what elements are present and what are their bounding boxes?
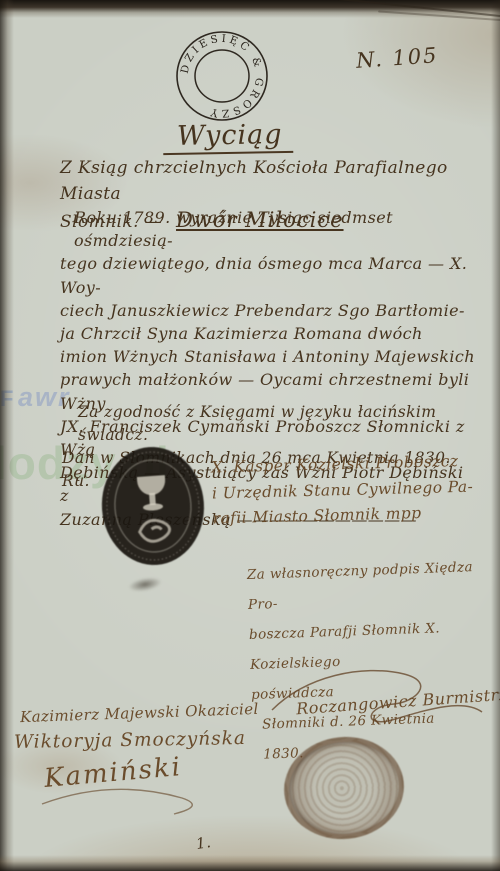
ink-smudge [127, 575, 163, 594]
body-line: ciech Januszkiewicz Prebendarz Sgo Bartł… [60, 299, 476, 322]
signature-left: Kazimierz Majewski Okaziciel [20, 700, 259, 726]
body-line: tego dziewiątego, dnia ósmego mca Marca … [60, 252, 476, 298]
officiant-block: X. Kasper Kozielski Proboszcz i Urzędnik… [211, 449, 479, 532]
attestation-line: Za własnoręczny podpis Xiędza Pro- [246, 552, 476, 620]
signature-left: Wiktoryja Smoczyńska [14, 728, 246, 753]
body-line: Roku 1789. wyraźnie Tysiąc siedmset ośmd… [60, 206, 476, 252]
page-bottom-edge [0, 855, 500, 871]
scanned-document-page: F awr lodzy.pl DZIESIĘĆ & GROSZY N. 105 … [0, 0, 500, 871]
certification-line: Za zgodność z Księgami w języku łaciński… [62, 401, 470, 447]
parish-seal-icon [94, 439, 213, 574]
swash-stroke [42, 789, 192, 814]
bottom-paraph-mark: 1. [195, 833, 212, 853]
revenue-stamp-icon: DZIESIĘĆ & GROSZY [167, 26, 277, 126]
body-line: imion Wżnych Stanisława i Antoniny Majew… [60, 345, 476, 368]
page-right-edge [491, 0, 500, 871]
intro-line: Z Ksiąg chrzcielnych Kościoła Parafialne… [60, 155, 472, 207]
revenue-stamp-ring-text: DZIESIĘĆ & GROSZY [179, 33, 265, 119]
page-title: Wyciąg [163, 119, 293, 155]
signature-swash [36, 782, 226, 822]
revenue-stamp-inner-ring [195, 50, 249, 102]
body-line: ja Chrzcił Syna Kazimierza Romana dwóch [60, 322, 476, 345]
document-number: N. 105 [355, 43, 439, 73]
page-left-edge [0, 0, 14, 871]
